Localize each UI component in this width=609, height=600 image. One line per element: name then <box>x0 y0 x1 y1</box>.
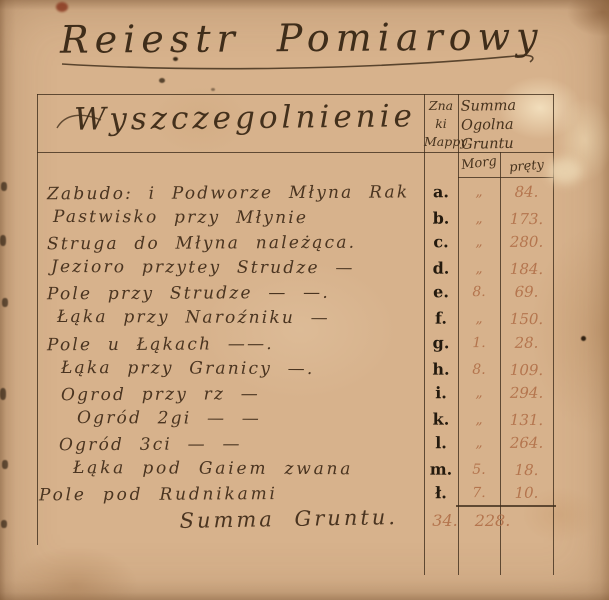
row-description: Jezioro przytey Strudze — <box>37 257 424 279</box>
row-morg-value: 1. <box>458 334 500 350</box>
row-map-mark: i. <box>424 383 458 402</box>
row-prety-value: 150. <box>500 310 553 328</box>
row-description: Struga do Młyna należąca. <box>37 232 424 254</box>
unit-header-morg: Morg <box>457 153 501 173</box>
table-row: Zabudo: i Podworze Młyna Rak a. „ 84. <box>37 179 554 207</box>
row-description: Łąka przy Naroźniku — <box>37 307 424 329</box>
row-prety-value: 173. <box>500 210 553 228</box>
row-description: Ogród 3ci — — <box>37 433 424 455</box>
row-map-mark: g. <box>424 333 458 352</box>
table-row: Łąka przy Granicy —. h. 8. 109. <box>37 355 554 382</box>
table-row: Ogród 2gi — — k. „ 131. <box>37 405 554 432</box>
row-map-mark: m. <box>424 460 458 479</box>
ink-speck <box>211 88 215 91</box>
summary-prety-value: 228. <box>466 511 519 530</box>
summary-label: Summa Gruntu. <box>37 505 424 536</box>
table-border-top <box>37 94 554 95</box>
row-morg-value: „ <box>458 411 500 427</box>
row-prety-value: 294. <box>500 383 553 401</box>
row-prety-value: 28. <box>500 333 553 351</box>
edge-mark <box>2 298 8 307</box>
table-row: Pole przy Strudze — —. e. 8. 69. <box>37 279 554 307</box>
table-row: Pole pod Rudnikami ł. 7. 10. <box>37 480 554 508</box>
row-map-mark: ł. <box>424 483 458 502</box>
edge-mark <box>0 235 6 246</box>
title-underline-flourish <box>50 48 555 78</box>
summary-morg-value: 34. <box>424 511 466 530</box>
column-header-specification: Wyszczegolnienie <box>70 98 420 138</box>
row-morg-value: „ <box>458 234 500 250</box>
ink-speck <box>159 78 165 83</box>
paper-stain <box>548 158 582 184</box>
header-swash-flourish <box>55 108 103 134</box>
row-morg-value: 7. <box>458 485 500 501</box>
row-map-mark: f. <box>424 309 458 328</box>
row-description: Ogrod przy rz — <box>37 383 424 405</box>
row-morg-value: „ <box>458 384 500 400</box>
row-morg-value: 8. <box>458 361 500 377</box>
row-map-mark: b. <box>424 209 458 228</box>
row-map-mark: h. <box>424 359 458 378</box>
row-prety-value: 184. <box>500 260 553 278</box>
ink-speck <box>173 57 178 61</box>
edge-mark <box>1 520 7 528</box>
red-wax-stain <box>56 2 68 12</box>
unit-header-prety: pręty <box>499 157 553 177</box>
row-prety-value: 264. <box>500 433 553 451</box>
row-description: Ogród 2gi — — <box>37 407 424 429</box>
row-prety-value: 109. <box>500 360 553 378</box>
row-map-mark: l. <box>424 433 458 452</box>
row-map-mark: e. <box>424 283 458 302</box>
row-prety-value: 84. <box>500 182 553 200</box>
row-morg-value: „ <box>458 311 500 327</box>
row-description: Pole pod Rudnikami <box>37 483 424 505</box>
edge-mark <box>2 460 8 469</box>
row-morg-value: „ <box>458 434 500 450</box>
row-description: Zabudo: i Podworze Młyna Rak <box>37 182 424 204</box>
document-page: Reiestr Pomiarowy Wyszczegolnienie Zna k… <box>0 0 609 600</box>
summary-row: Summa Gruntu. 34. 228. <box>37 505 554 535</box>
row-map-mark: k. <box>424 409 458 428</box>
row-map-mark: d. <box>424 259 458 278</box>
row-prety-value: 69. <box>500 283 553 301</box>
row-description: Pole przy Strudze — —. <box>37 282 424 304</box>
table-rows: Zabudo: i Podworze Młyna Rak a. „ 84. Pa… <box>37 180 554 506</box>
column-header-total-land: Summa Ogolna Gruntu <box>461 96 552 154</box>
table-row: Łąka pod Gaiem zwana m. 5. 18. <box>37 455 554 482</box>
row-prety-value: 131. <box>500 410 553 428</box>
table-row: Pastwisko przy Młynie b. „ 173. <box>37 204 554 231</box>
row-morg-value: „ <box>458 183 500 199</box>
table-row: Ogród 3ci — — l. „ 264. <box>37 430 554 458</box>
ink-speck <box>581 336 586 341</box>
table-row: Jezioro przytey Strudze — d. „ 184. <box>37 254 554 281</box>
edge-mark <box>0 388 6 400</box>
row-prety-value: 10. <box>500 483 553 501</box>
row-morg-value: „ <box>458 261 500 277</box>
edge-mark <box>1 182 7 191</box>
table-row: Struga do Młyna należąca. c. „ 280. <box>37 229 554 257</box>
table-row: Ogrod przy rz — i. „ 294. <box>37 379 554 407</box>
row-map-mark: c. <box>424 232 458 251</box>
row-description: Pastwisko przy Młynie <box>37 207 424 229</box>
table-row: Pole u Łąkach ——. g. 1. 28. <box>37 329 554 357</box>
row-morg-value: 8. <box>458 284 500 300</box>
row-description: Łąka pod Gaiem zwana <box>37 457 424 479</box>
row-morg-value: 5. <box>458 461 500 477</box>
row-description: Pole u Łąkach ——. <box>37 332 424 354</box>
row-prety-value: 18. <box>500 460 553 478</box>
row-morg-value: „ <box>458 210 500 226</box>
row-prety-value: 280. <box>500 232 553 250</box>
row-map-mark: a. <box>424 182 458 201</box>
table-row: Łąka przy Naroźniku — f. „ 150. <box>37 304 554 331</box>
column-header-map-marks: Zna ki Mappy <box>424 97 458 151</box>
row-description: Łąka przy Granicy —. <box>37 357 424 379</box>
